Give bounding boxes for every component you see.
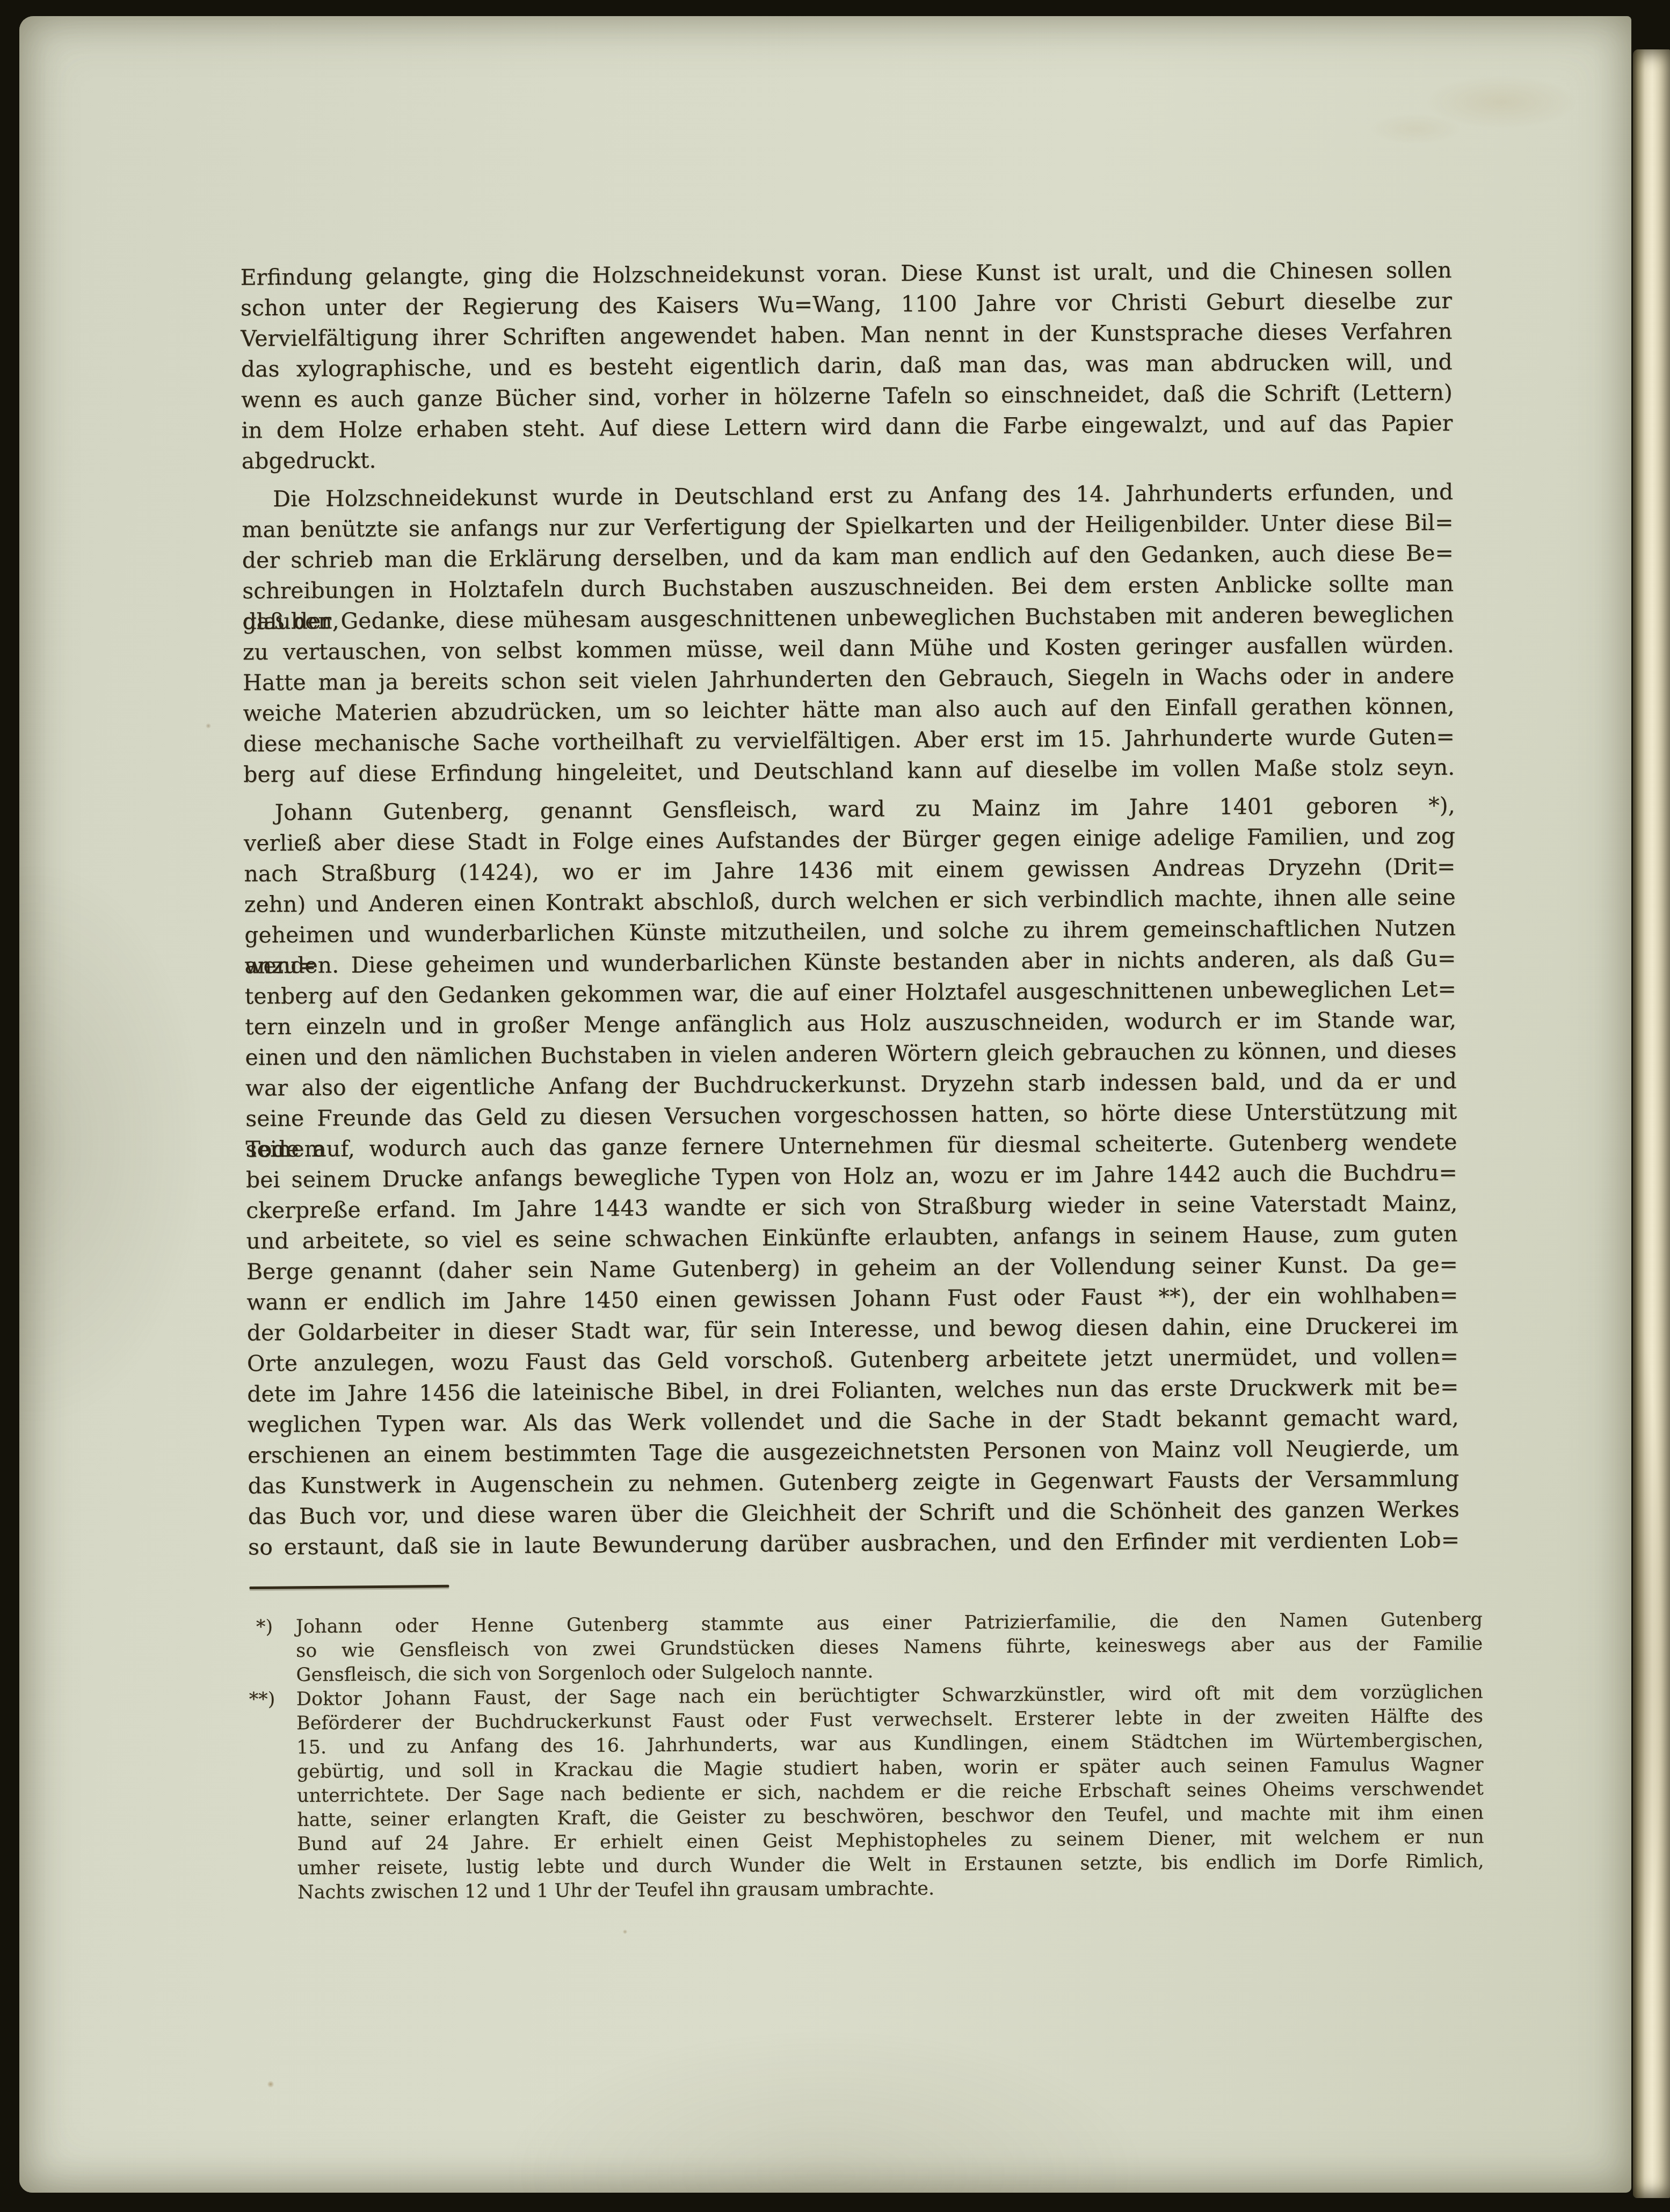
- book-page: Erfindung gelangte, ging die Holzschneid…: [19, 16, 1631, 2193]
- paragraph: Erfindung gelangte, ging die Holzschneid…: [240, 255, 1453, 477]
- footnote-marker: **): [249, 1687, 275, 1712]
- paragraph: Johann Gutenberg, genannt Gensfleisch, w…: [243, 790, 1460, 1563]
- footnotes-block: *) Johann oder Henne Gutenberg stammte a…: [249, 1608, 1484, 1905]
- main-text-block: Erfindung gelangte, ging die Holzschneid…: [240, 255, 1460, 1563]
- footnote-divider: [249, 1585, 449, 1589]
- footnote-marker: *): [256, 1615, 273, 1639]
- footnote-item: **) Doktor Johann Faust, der Sage nach e…: [249, 1680, 1484, 1905]
- paragraph: Die Holzschneidekunst wurde in Deutschla…: [242, 477, 1455, 790]
- scan-background: Erfindung gelangte, ging die Holzschneid…: [0, 0, 1670, 2212]
- page-content: Erfindung gelangte, ging die Holzschneid…: [14, 11, 1639, 2198]
- book-fore-edge: [1633, 49, 1670, 2198]
- footnote-item: *) Johann oder Henne Gutenberg stammte a…: [249, 1608, 1483, 1688]
